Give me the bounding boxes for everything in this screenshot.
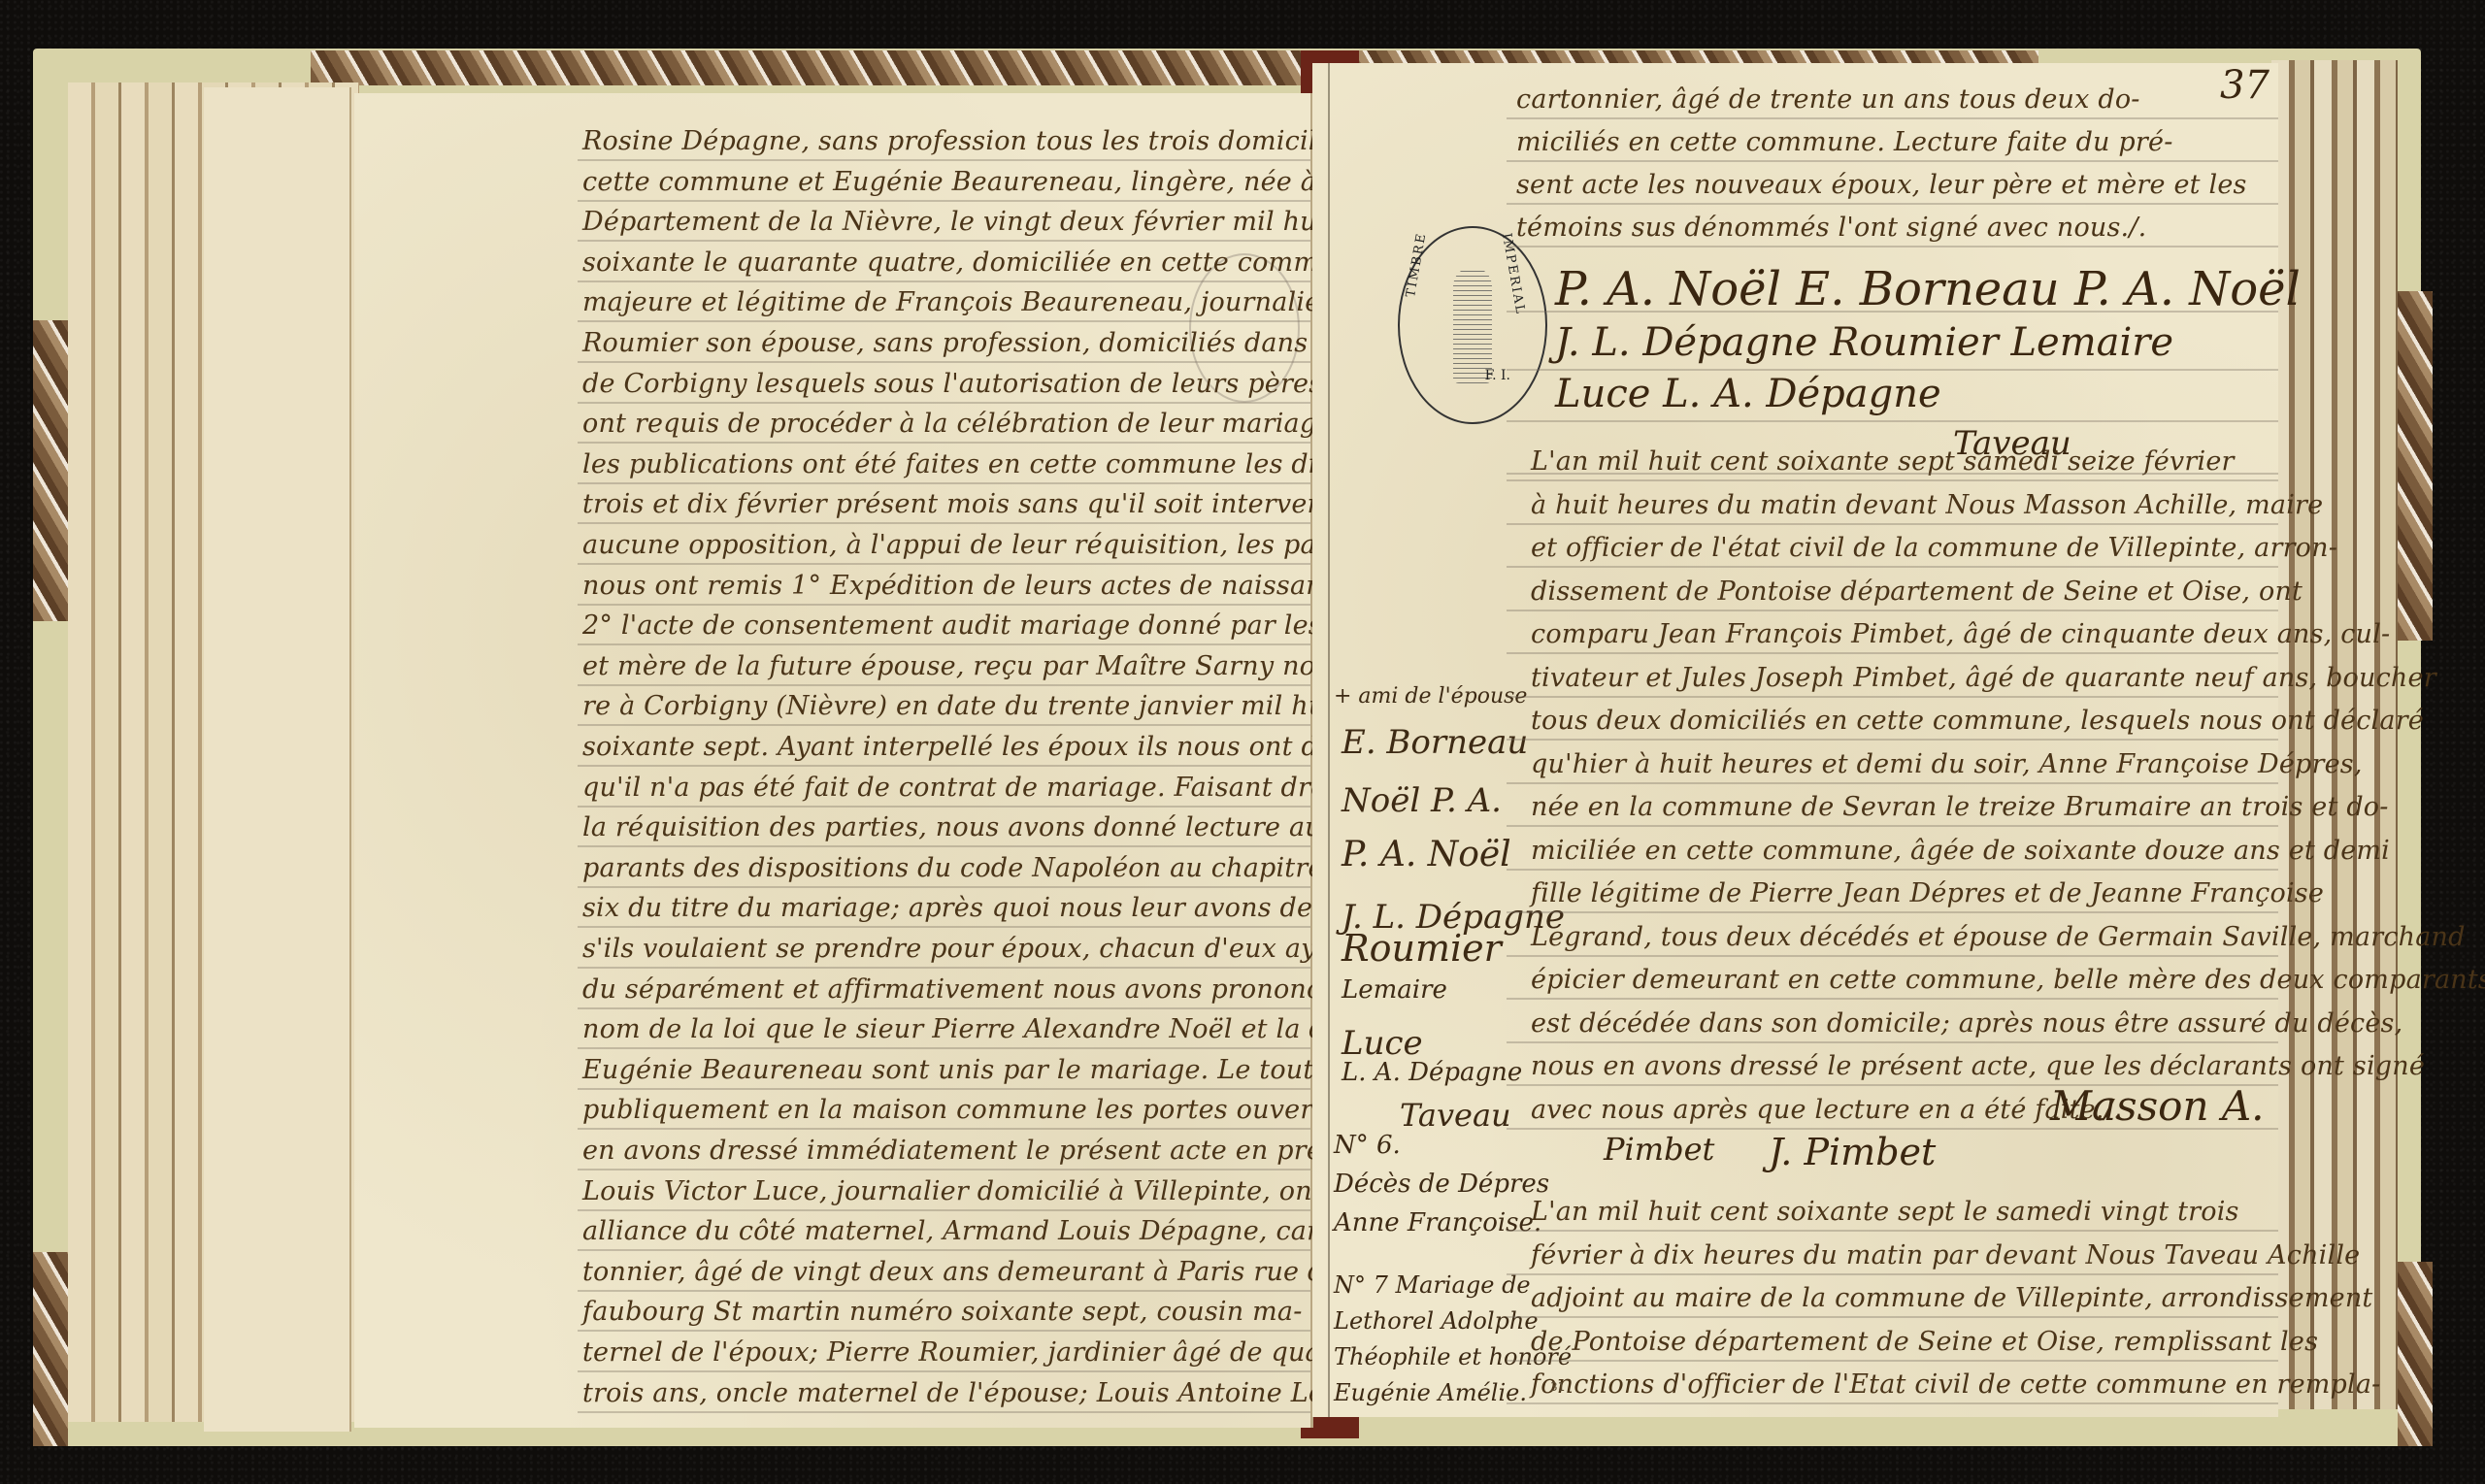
ruled-line — [578, 886, 1310, 888]
manuscript-line: tonnier, âgé de vingt deux ans demeurant… — [582, 1257, 1342, 1287]
act-7-margin-title: Théophile et honoré — [1334, 1343, 1572, 1370]
manuscript-line: Louis Victor Luce, journalier domicilié … — [582, 1176, 1406, 1206]
manuscript-line: Rosine Dépagne, sans profession tous les… — [582, 126, 1427, 156]
marbled-corner-top-left — [311, 50, 1301, 85]
manuscript-line: miciliée en cette commune, âgée de soixa… — [1531, 836, 2390, 866]
ruled-line — [578, 845, 1310, 847]
ruled-line — [578, 280, 1310, 282]
ruled-line — [578, 926, 1310, 928]
ruled-line — [1507, 1273, 2278, 1275]
ruled-line — [1507, 246, 2278, 247]
act-6-margin-title: Anne Françoise. — [1334, 1208, 1541, 1237]
act-6-margin-title: N° 6. — [1334, 1131, 1401, 1160]
blank-leaf — [204, 87, 351, 1432]
margin-signature: Roumier — [1342, 927, 1502, 970]
margin-signature: Taveau — [1400, 1097, 1511, 1134]
ruled-line — [1507, 369, 2278, 371]
marbled-edge-right — [2398, 291, 2433, 641]
ruled-line — [578, 361, 1310, 363]
manuscript-line: qu'hier à huit heures et demi du soir, A… — [1531, 749, 2363, 779]
act-7-margin-title: Eugénie Amélie. — [1334, 1379, 1527, 1406]
ruled-line — [1507, 739, 2278, 741]
ruled-line — [1507, 203, 2278, 205]
manuscript-line: soixante le quarante quatre, domiciliée … — [582, 247, 1437, 278]
manuscript-line: avec nous après que lecture en a été fai… — [1531, 1095, 2122, 1125]
ruled-line — [1507, 696, 2278, 698]
ruled-line — [578, 482, 1310, 484]
ruled-line — [1507, 610, 2278, 611]
ruled-line — [1507, 1128, 2278, 1130]
manuscript-line: de Pontoise département de Seine et Oise… — [1531, 1327, 2318, 1357]
act-6-margin-title: Décès de Dépres — [1334, 1170, 1549, 1199]
manuscript-line: comparu Jean François Pimbet, âgé de cin… — [1531, 619, 2390, 649]
folio-number: 37 — [2220, 63, 2270, 108]
ruled-line — [1507, 652, 2278, 654]
ruled-line — [1507, 1316, 2278, 1318]
ruled-line — [578, 724, 1310, 726]
ruled-line — [578, 402, 1310, 404]
marbled-edge-left — [33, 320, 68, 621]
ruled-line — [1507, 160, 2278, 162]
ruled-line — [1507, 420, 2278, 422]
ruled-line — [1507, 1084, 2278, 1086]
manuscript-line: tivateur et Jules Joseph Pimbet, âgé de … — [1531, 663, 2436, 693]
manuscript-line: tous deux domiciliés en cette commune, l… — [1531, 706, 2424, 736]
ruled-line — [578, 442, 1310, 444]
ruled-line — [578, 806, 1310, 808]
manuscript-line: L'an mil huit cent soixante sept le same… — [1531, 1197, 2239, 1227]
signature: Pimbet — [1604, 1131, 1714, 1168]
manuscript-line: février à dix heures du matin par devant… — [1531, 1240, 2360, 1270]
margin-rule — [1328, 63, 1330, 1417]
ruled-line — [578, 765, 1310, 767]
manuscript-line: témoins sus dénommés l'ont signé avec no… — [1516, 213, 2146, 243]
ruled-line — [1507, 869, 2278, 871]
ruled-line — [1507, 473, 2278, 475]
manuscript-line: sent acte les nouveaux époux, leur père … — [1516, 170, 2247, 200]
manuscript-line: cartonnier, âgé de trente un ans tous de… — [1516, 84, 2140, 115]
ruled-line — [1507, 955, 2278, 957]
manuscript-line: adjoint au maire de la commune de Villep… — [1531, 1283, 2372, 1313]
ruled-line — [578, 159, 1310, 161]
manuscript-line: la réquisition des parties, nous avons d… — [582, 812, 1410, 842]
manuscript-line: du séparément et affirmativement nous av… — [582, 974, 1378, 1005]
signature: Luce L. A. Dépagne — [1555, 372, 1941, 416]
manuscript-line: Département de la Nièvre, le vingt deux … — [582, 207, 1404, 237]
manuscript-line: re à Corbigny (Nièvre) en date du trente… — [582, 691, 1411, 721]
manuscript-line: ternel de l'époux; Pierre Roumier, jardi… — [582, 1337, 1393, 1368]
stamp-left-text: TIMBRE — [1404, 231, 1430, 299]
ruled-line — [578, 200, 1310, 202]
manuscript-line: fille légitime de Pierre Jean Dépres et … — [1531, 878, 2324, 908]
ruled-line — [1507, 479, 2278, 481]
manuscript-line: trois ans, oncle maternel de l'épouse; L… — [582, 1378, 1402, 1408]
ruled-line — [1507, 1360, 2278, 1362]
ruled-line — [578, 1249, 1310, 1251]
manuscript-line: soixante sept. Ayant interpellé les épou… — [582, 732, 1402, 762]
margin-signature: Noël P. A. — [1342, 781, 1502, 820]
manuscript-line: six du titre du mariage; après quoi nous… — [582, 893, 1404, 923]
manuscript-line: les publications ont été faites en cette… — [582, 449, 1437, 479]
signature: P. A. Noël E. Borneau P. A. Noël — [1555, 262, 2301, 316]
ruled-line — [1507, 998, 2278, 1000]
justice-figure-icon — [1453, 267, 1492, 383]
act-7-margin-title: N° 7 Mariage de — [1334, 1271, 1531, 1299]
ruled-line — [578, 1290, 1310, 1292]
manuscript-line: dissement de Pontoise département de Sei… — [1531, 577, 2303, 607]
manuscript-line: ont requis de procéder à la célébration … — [582, 409, 1402, 439]
ruled-line — [578, 1209, 1310, 1211]
margin-signature: P. A. Noël — [1342, 835, 1511, 874]
ruled-line — [578, 643, 1310, 645]
ruled-line — [1507, 825, 2278, 827]
manuscript-line: trois et dix février présent mois sans q… — [582, 489, 1342, 519]
margin-signature: Lemaire — [1342, 975, 1447, 1005]
margin-signature: E. Borneau — [1342, 723, 1528, 762]
ruled-line — [578, 563, 1310, 565]
ruled-line — [578, 1370, 1310, 1372]
ruled-line — [1507, 1230, 2278, 1232]
margin-signature: L. A. Dépagne — [1342, 1058, 1522, 1087]
manuscript-line: faubourg St martin numéro soixante sept,… — [582, 1297, 1303, 1327]
manuscript-line: alliance du côté maternel, Armand Louis … — [582, 1216, 1329, 1246]
ruled-line — [578, 1411, 1310, 1413]
ruled-line — [578, 1007, 1310, 1009]
right-page: 37 TIMBRE IMPERIAL F. I. cartonnier, âgé… — [1312, 63, 2278, 1417]
left-page: Rosine Dépagne, sans profession tous les… — [354, 93, 1313, 1428]
ruled-line — [578, 967, 1310, 969]
ruled-line — [578, 1088, 1310, 1090]
signature: J. L. Dépagne Roumier Lemaire — [1555, 320, 2173, 365]
ruled-line — [1507, 1041, 2278, 1043]
margin-signature: Luce — [1342, 1024, 1423, 1063]
manuscript-line: aucune opposition, à l'appui de leur réq… — [582, 530, 1377, 560]
ruled-line — [578, 240, 1310, 242]
manuscript-line: est décédée dans son domicile; après nou… — [1531, 1008, 2402, 1039]
ruled-line — [1507, 523, 2278, 525]
witness-margin-note: + ami de l'épouse — [1334, 684, 1527, 709]
ruled-line — [578, 1169, 1310, 1171]
act-7-margin-title: Lethorel Adolphe — [1334, 1307, 1539, 1335]
manuscript-line: née en la commune de Sevran le treize Br… — [1531, 792, 2389, 822]
ruled-line — [578, 320, 1310, 322]
ruled-line — [1507, 117, 2278, 119]
ruled-line — [578, 1047, 1310, 1049]
ruled-line — [578, 522, 1310, 524]
manuscript-line: Legrand, tous deux décédés et épouse de … — [1531, 922, 2466, 952]
ruled-line — [1507, 566, 2278, 568]
ruled-line — [578, 1128, 1310, 1130]
manuscript-line: parants des dispositions du code Napoléo… — [582, 853, 1324, 883]
manuscript-line: nous en avons dressé le présent acte, qu… — [1531, 1051, 2425, 1081]
manuscript-line: et mère de la future épouse, reçu par Ma… — [582, 651, 1351, 681]
ruled-line — [1507, 311, 2278, 313]
signature: J. Pimbet — [1769, 1131, 1936, 1173]
manuscript-line: miciliés en cette commune. Lecture faite… — [1516, 127, 2173, 157]
marbled-edge-right-lower — [2398, 1262, 2433, 1446]
marbled-edge-left-lower — [33, 1252, 68, 1446]
manuscript-line: nous ont remis 1° Expédition de leurs ac… — [582, 571, 1353, 601]
ruled-line — [578, 604, 1310, 606]
ruled-line — [578, 684, 1310, 686]
ruled-line — [1507, 782, 2278, 784]
manuscript-line: qu'il n'a pas été fait de contrat de mar… — [582, 773, 1371, 803]
timbre-imperial-stamp: TIMBRE IMPERIAL F. I. — [1398, 226, 1547, 424]
ruled-line — [1507, 1402, 2278, 1404]
ruled-line — [578, 1330, 1310, 1332]
small-page-number: 31 — [1550, 1380, 1565, 1394]
manuscript-line: et officier de l'état civil de la commun… — [1531, 533, 2337, 563]
signature: Masson A. — [2050, 1082, 2265, 1130]
manuscript-line: 2° l'acte de consentement audit mariage … — [582, 610, 1392, 641]
manuscript-line: à huit heures du matin devant Nous Masso… — [1531, 490, 2323, 520]
manuscript-line: épicier demeurant en cette commune, bell… — [1531, 965, 2485, 995]
manuscript-line: fonctions d'officier de l'Etat civil de … — [1531, 1369, 2381, 1400]
ruled-line — [1507, 911, 2278, 913]
